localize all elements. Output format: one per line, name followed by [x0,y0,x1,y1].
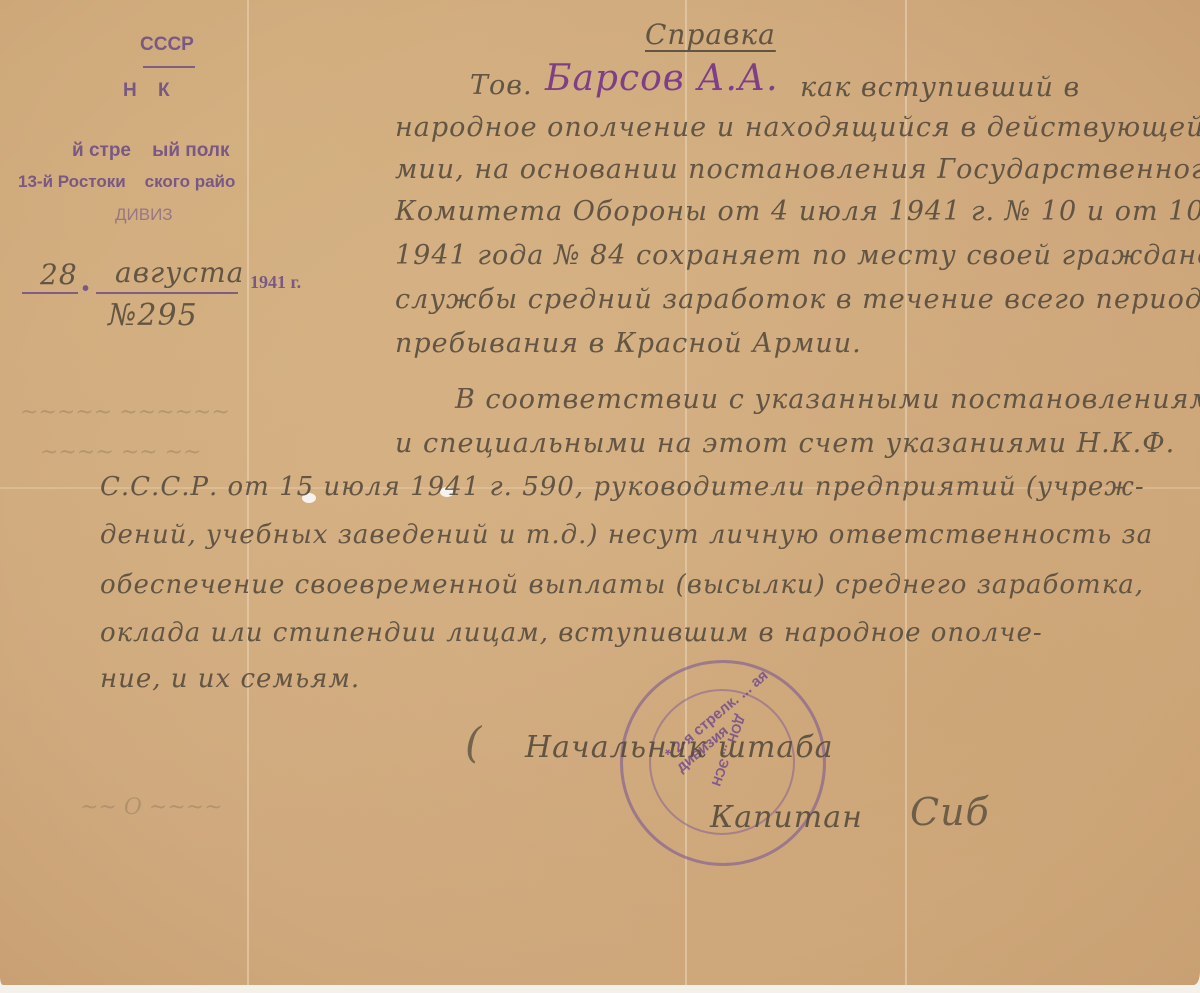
body-line: мии, на основании постановления Государс… [395,154,1200,185]
stamp-agency: Н К [123,80,178,102]
date-rule [96,292,238,294]
person-name: Барсов А.А. [545,58,779,99]
faded-bleed-text: ~~~~ ~~ ~~ [40,440,201,465]
stamp-country: СССР [140,34,194,56]
date-day: 28 [40,258,78,291]
line1-suffix: как вступивший в [800,72,1080,103]
body-line: Комитета Обороны от 4 июля 1941 г. № 10 … [395,196,1200,227]
stamp-unit-line2: 13-й Ростоки ского райо [18,172,235,192]
date-year: 1941 г. [250,272,301,293]
document-title: Справка [645,18,776,51]
paragraph2-line: ние, и их семьям. [100,664,360,694]
stamp-unit: й стре ый полк [72,140,230,162]
paragraph2-line: и специальными на этот счет указаниями Н… [395,428,1175,459]
document-paper: СССР Н К й стре ый полк 13-й Ростоки ско… [0,0,1200,985]
signature-mark: Сиб [910,790,990,834]
paragraph2-line: С.С.С.Р. от 15 июля 1941 г. 590, руковод… [100,472,1145,502]
paragraph2-line: оклада или стипендии лицам, вступившим в… [100,618,1043,648]
signature-rank: Капитан [710,800,863,835]
paragraph2-line: В соответствии с указанными постановлени… [455,384,1200,415]
signature-bracket: ( [465,718,482,767]
stamp-rule [143,66,195,68]
body-line: пребывания в Красной Армии. [395,328,862,359]
line1-prefix: Тов. [470,70,533,101]
date-month: августа [115,256,244,289]
document-number: №295 [108,298,198,333]
stamp-division: ДИВИЗ [115,205,173,225]
faded-bleed-text: ~~ О ~~~~ [80,795,223,820]
faded-bleed-text: ~~~~~ ~~~~~~ [20,400,230,425]
paragraph2-line: обеспечение своевременной выплаты (высыл… [100,570,1144,600]
body-line: народное ополчение и находящийся в дейст… [395,112,1200,143]
date-dot: • [82,278,89,301]
paragraph2-line: дений, учебных заведений и т.д.) несут л… [100,520,1153,550]
date-rule [22,292,78,294]
body-line: службы средний заработок в течение всего… [395,284,1200,315]
signature-position: Начальник штаба [525,730,834,765]
body-line: 1941 года № 84 сохраняет по месту своей … [395,240,1200,271]
